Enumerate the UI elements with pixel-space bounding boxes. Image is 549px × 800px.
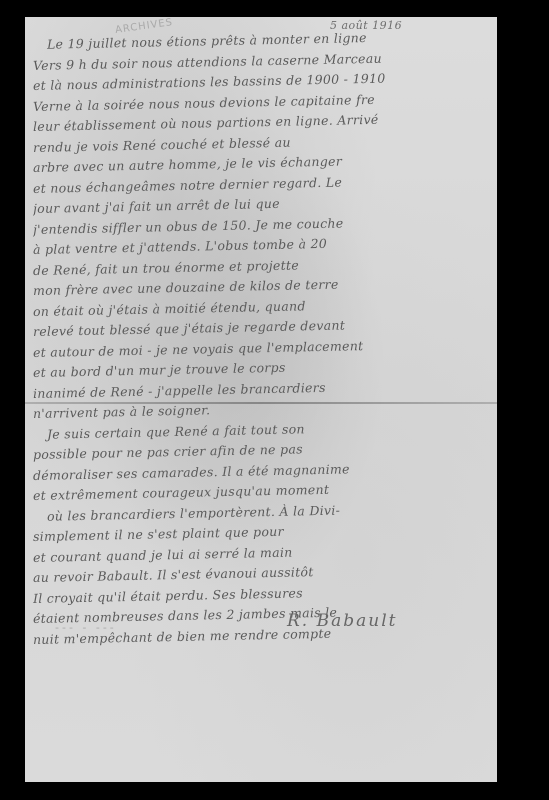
letter-body: Le 19 juillet nous étions prêts à monter…	[33, 35, 493, 650]
letter-page: ARCHIVES 5 août 1916 Le 19 juillet nous …	[25, 17, 497, 782]
pencil-marks: --- - ---	[55, 621, 117, 634]
scanned-document: ARCHIVES 5 août 1916 Le 19 juillet nous …	[0, 0, 549, 800]
signature: R. Babault	[287, 611, 397, 631]
